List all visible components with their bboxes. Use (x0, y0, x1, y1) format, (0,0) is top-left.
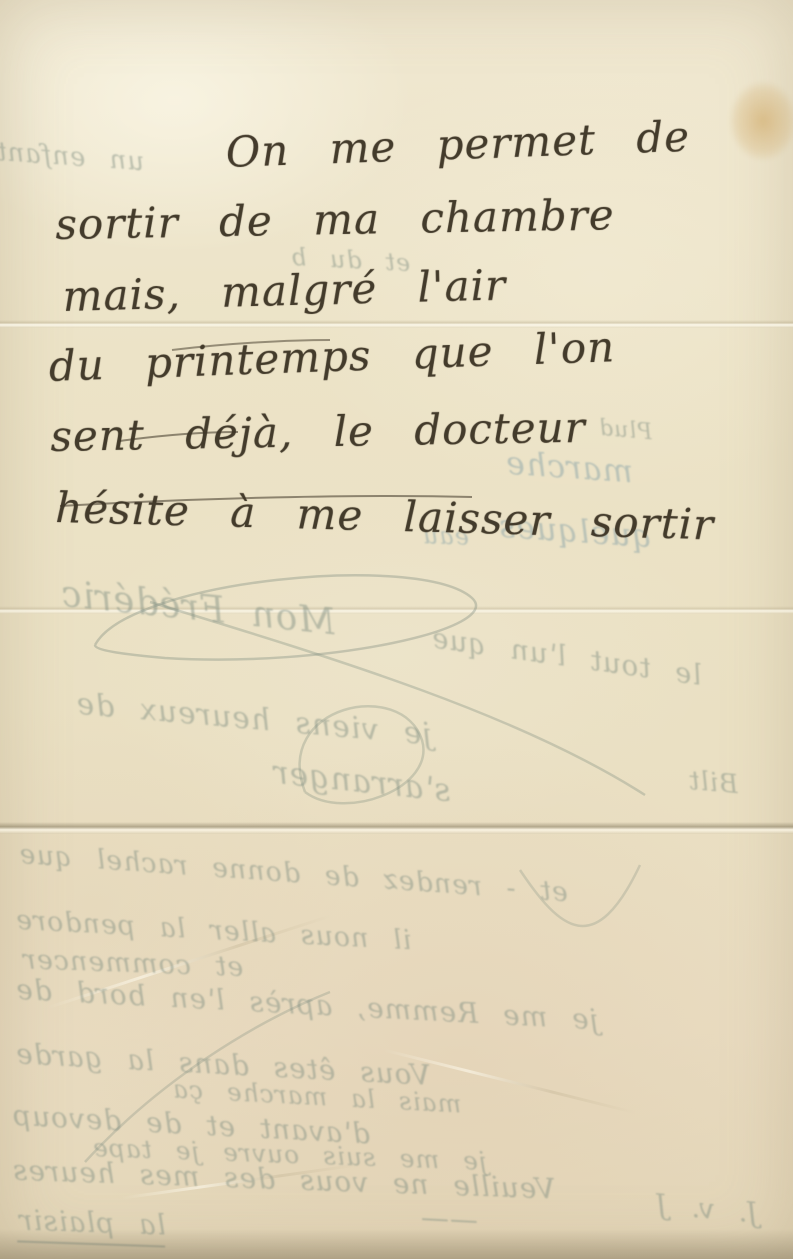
bleedthrough-line: Bilt (687, 766, 740, 800)
bleedthrough-line: le tout l'un que (429, 621, 704, 692)
bleedthrough-line: un enfant (0, 137, 145, 177)
paper-bottom-shadow (0, 1229, 793, 1259)
letter-page: un enfant et du b Plud marche eau quelqu… (0, 0, 793, 1259)
handwriting-line-1: On me permet de (225, 112, 691, 177)
handwriting-line-4: du printemps que l'on (48, 322, 616, 391)
bleedthrough-line: s'arranger (271, 753, 453, 810)
fold-crease-upper (0, 320, 793, 328)
handwriting-line-5: sent déjà, le docteur (50, 403, 586, 461)
bleedthrough-line: J. v. J (654, 1188, 760, 1230)
fold-crease-lower (0, 822, 793, 834)
bleedthrough-line: Mon Frédéric (59, 574, 338, 644)
bleedthrough-line: Plud (597, 416, 653, 446)
bleedthrough-line: je me Remme, après l'en bord de (15, 973, 600, 1037)
handwriting-line-6: hésite à me laisser sortir (55, 483, 715, 549)
handwriting-line-2: sortir de ma chambre (55, 190, 615, 249)
bleedthrough-line: et - rendez de donne rachel que (18, 839, 569, 908)
paper-stain (730, 82, 793, 160)
handwriting-line-3: mais, malgré l'air (62, 260, 507, 321)
bleedthrough-line: je viens heureux de (74, 686, 433, 752)
